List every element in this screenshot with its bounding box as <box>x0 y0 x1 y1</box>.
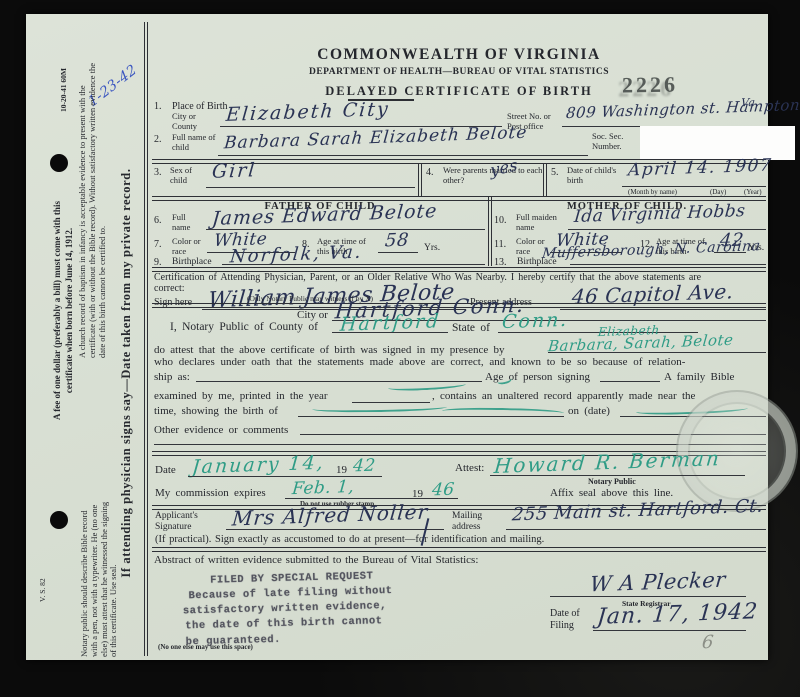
applicant-signature-label: Applicant's Signature <box>155 511 211 533</box>
year-value: 42 <box>352 456 376 477</box>
mailing-address-label: Mailing address <box>452 511 496 533</box>
relation-line: who declares under oath that the stateme… <box>154 356 685 368</box>
state-of-label: State of <box>452 322 490 334</box>
notary-county-label: I, Notary Public of County of <box>170 321 318 333</box>
certificate-number-stamp: 2226 <box>622 72 678 99</box>
item-7-number: 7. <box>154 239 162 250</box>
item-4-number: 4. <box>426 167 434 178</box>
attest-presence-line: do attest that the above certificate of … <box>154 344 504 356</box>
space-note: (No one else may use this space) <box>158 643 253 651</box>
form-code: V. S. 82 <box>38 557 48 602</box>
day-sub-label: (Day) <box>710 188 726 196</box>
child-name-label: Full name of child <box>172 133 218 153</box>
if-practical-note: (If practical). Sign exactly as accustom… <box>155 534 544 545</box>
birth-date-label: Date of child's birth <box>567 166 621 186</box>
year-sub-label: (Year) <box>744 188 762 196</box>
date-label: Date <box>155 464 176 476</box>
execution-date-value: January 14, <box>191 452 326 479</box>
father-race-label: Color or race <box>172 237 210 257</box>
city-county-label: City or County <box>172 112 216 132</box>
time-showing-label: time, showing the birth of <box>154 405 278 417</box>
fee-margin-note: A fee of one dollar (preferably a bill) … <box>52 193 80 428</box>
church-record-margin-note: A church record of baptism in infancy is… <box>78 58 118 358</box>
month-sub-label: (Month by name) <box>628 188 677 196</box>
abstract-label: Abstract of written evidence submitted t… <box>154 554 478 566</box>
examined-label: examined by me, printed in the year <box>154 390 328 402</box>
pencil-mark: 6 <box>701 632 715 653</box>
stamp-line: Because of late filing without <box>188 585 392 602</box>
mother-name-label: Full maiden name <box>516 213 566 233</box>
notary-margin-note: Notary public should describe Bible reco… <box>80 494 120 657</box>
family-bible-label: A family Bible <box>664 371 734 383</box>
notary-title: Notary Public <box>588 477 636 486</box>
physician-margin-note: If attending physician signs say—Date ta… <box>119 88 137 658</box>
notary-state-value: Conn. <box>501 309 569 333</box>
stamp-line: the date of this birth cannot <box>185 615 382 632</box>
year-prefix: 19 <box>336 464 347 476</box>
stamp-line: satisfactory written evidence, <box>183 600 387 617</box>
examined-continuation: , contains an unaltered record apparentl… <box>432 390 695 402</box>
sidebar-divider <box>144 22 148 656</box>
registrar-signature: W A Plecker <box>589 568 727 597</box>
item-6-number: 6. <box>154 215 162 226</box>
item-5-number: 5. <box>551 167 559 178</box>
on-date-label: on (date) <box>568 405 610 417</box>
commission-label: My commission expires <box>155 487 266 499</box>
item-10-number: 10. <box>494 215 507 226</box>
scanned-birth-certificate: 10-20-41 60M 1-23-42 A fee of one dollar… <box>0 0 800 697</box>
street-state-note: Va. <box>740 96 760 110</box>
attest-label: Attest: <box>455 462 484 474</box>
father-name-label: Full name <box>172 213 200 233</box>
other-evidence-label: Other evidence or comments <box>154 424 288 436</box>
commission-value: Feb. 1, <box>291 477 355 499</box>
father-birthplace-label: Birthplace <box>172 257 212 267</box>
page-title: COMMONWEALTH OF VIRGINIA <box>152 46 766 64</box>
sex-value: Girl <box>211 159 257 183</box>
item-3-number: 3. <box>154 167 162 178</box>
affix-seal-note: Affix seal above this line. <box>550 487 673 499</box>
ssn-label: Soc. Sec. Number. <box>592 132 638 152</box>
item-11-number: 11. <box>494 239 506 250</box>
punch-hole <box>50 511 68 529</box>
sex-label: Sex of child <box>170 166 204 186</box>
print-code: 10-20-41 60M <box>59 34 70 112</box>
punch-hole <box>50 154 68 172</box>
ship-as-label: ship as: <box>154 371 190 383</box>
item-2-number: 2. <box>154 134 162 145</box>
item-1-number: 1. <box>154 101 162 112</box>
date-of-filing-label: Date of Filing <box>550 608 590 631</box>
certification-line-2: correct: <box>154 283 185 294</box>
father-age-unit: Yrs. <box>424 243 440 253</box>
father-age-value: 58 <box>384 230 410 252</box>
city-or-label: City or <box>297 309 328 321</box>
